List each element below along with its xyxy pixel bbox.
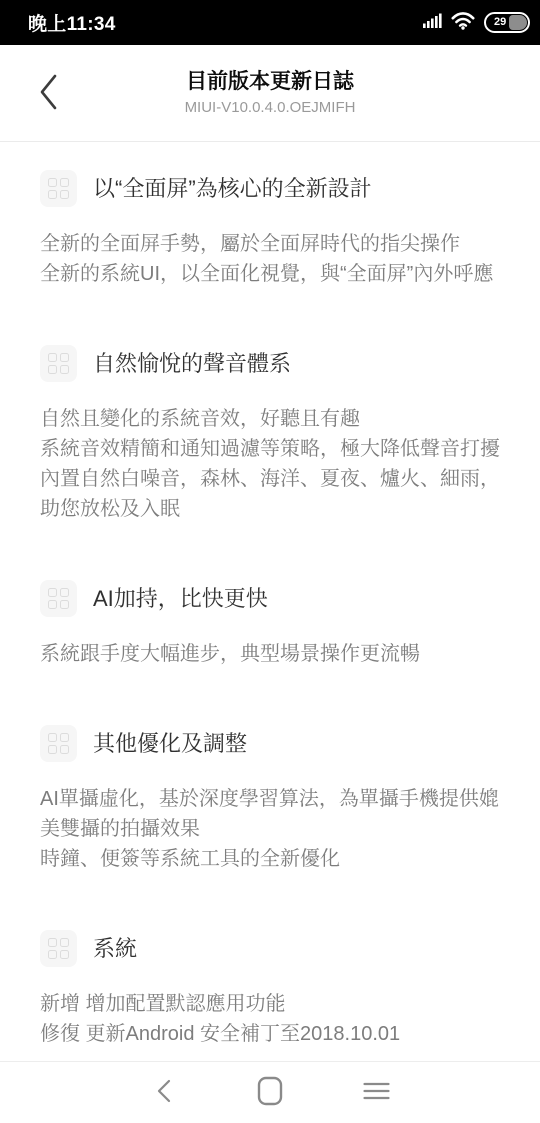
signal-icon	[423, 13, 442, 33]
section-header: 以“全面屏”為核心的全新設計	[40, 170, 500, 207]
nav-menu-icon	[363, 1081, 390, 1104]
nav-home-icon	[257, 1076, 283, 1109]
phone-screen: 晚上11:34 29	[0, 0, 540, 1123]
battery-percent: 29	[494, 17, 506, 28]
changelog-line: AI單攝虛化，基於深度學習算法，為單攝手機提供媲美雙攝的拍攝效果	[40, 784, 500, 844]
changelog-line: 系統跟手度大幅進步，典型場景操作更流暢	[40, 639, 500, 669]
section-body: 全新的全面屏手勢，屬於全面屏時代的指尖操作 全新的系統UI，以全面化視覺，與“全…	[40, 229, 500, 289]
grid-icon	[40, 930, 77, 967]
back-icon	[38, 73, 60, 114]
grid-icon	[40, 725, 77, 762]
section-body: 新增 增加配置默認應用功能 修復 更新Android 安全補丁至2018.10.…	[40, 989, 500, 1049]
changelog-section-system: 系統 新增 增加配置默認應用功能 修復 更新Android 安全補丁至2018.…	[40, 930, 500, 1049]
grid-icon	[40, 580, 77, 617]
changelog-line: 新增 增加配置默認應用功能	[40, 989, 500, 1019]
section-heading: AI加持，比快更快	[93, 585, 268, 613]
section-heading: 其他優化及調整	[93, 730, 247, 758]
section-header: AI加持，比快更快	[40, 580, 500, 617]
section-body: 系統跟手度大幅進步，典型場景操作更流暢	[40, 639, 500, 669]
changelog-line: 自然且變化的系統音效，好聽且有趣	[40, 404, 500, 434]
android-nav-bar	[0, 1061, 540, 1123]
grid-icon	[40, 170, 77, 207]
status-bar: 晚上11:34 29	[0, 0, 540, 45]
page-title: 目前版本更新日誌	[186, 69, 354, 94]
back-button[interactable]	[34, 71, 64, 115]
section-header: 其他優化及調整	[40, 725, 500, 762]
wifi-icon	[451, 11, 475, 35]
changelog-line: 內置自然白噪音，森林、海洋、夏夜、爐火、細雨，助您放松及入眠	[40, 464, 500, 524]
battery-fill	[509, 15, 527, 30]
version-subtitle: MIUI-V10.0.4.0.OEJMIFH	[185, 99, 356, 117]
changelog-section-ai-speed: AI加持，比快更快 系統跟手度大幅進步，典型場景操作更流暢	[40, 580, 500, 669]
section-body: AI單攝虛化，基於深度學習算法，為單攝手機提供媲美雙攝的拍攝效果 時鐘、便簽等系…	[40, 784, 500, 874]
section-header: 自然愉悅的聲音體系	[40, 345, 500, 382]
changelog-line: 時鐘、便簽等系統工具的全新優化	[40, 844, 500, 874]
changelog-scroll-area[interactable]: 以“全面屏”為核心的全新設計 全新的全面屏手勢，屬於全面屏時代的指尖操作 全新的…	[0, 142, 540, 1062]
changelog-section-sound-system: 自然愉悅的聲音體系 自然且變化的系統音效，好聽且有趣 系統音效精簡和通知過濾等策…	[40, 345, 500, 524]
changelog-line: 全新的全面屏手勢，屬於全面屏時代的指尖操作	[40, 229, 500, 259]
status-icons: 29	[423, 11, 530, 35]
nav-menu-button[interactable]	[356, 1071, 396, 1115]
section-header: 系統	[40, 930, 500, 967]
section-heading: 系統	[93, 935, 137, 963]
battery-icon: 29	[484, 12, 530, 33]
header: 目前版本更新日誌 MIUI-V10.0.4.0.OEJMIFH	[0, 45, 540, 142]
nav-back-button[interactable]	[144, 1071, 184, 1115]
changelog-section-other-optimizations: 其他優化及調整 AI單攝虛化，基於深度學習算法，為單攝手機提供媲美雙攝的拍攝效果…	[40, 725, 500, 874]
changelog-section-fullscreen-design: 以“全面屏”為核心的全新設計 全新的全面屏手勢，屬於全面屏時代的指尖操作 全新的…	[40, 170, 500, 289]
changelog-line: 系統音效精簡和通知過濾等策略，極大降低聲音打擾	[40, 434, 500, 464]
nav-home-button[interactable]	[250, 1071, 290, 1115]
changelog-line: 修復 更新Android 安全補丁至2018.10.01	[40, 1019, 500, 1049]
status-time: 晚上11:34	[28, 9, 116, 36]
section-heading: 自然愉悅的聲音體系	[93, 350, 291, 378]
nav-back-icon	[157, 1079, 171, 1106]
changelog-line: 全新的系統UI，以全面化視覺，與“全面屏”內外呼應	[40, 259, 500, 289]
grid-icon	[40, 345, 77, 382]
section-body: 自然且變化的系統音效，好聽且有趣 系統音效精簡和通知過濾等策略，極大降低聲音打擾…	[40, 404, 500, 524]
section-heading: 以“全面屏”為核心的全新設計	[93, 175, 372, 203]
